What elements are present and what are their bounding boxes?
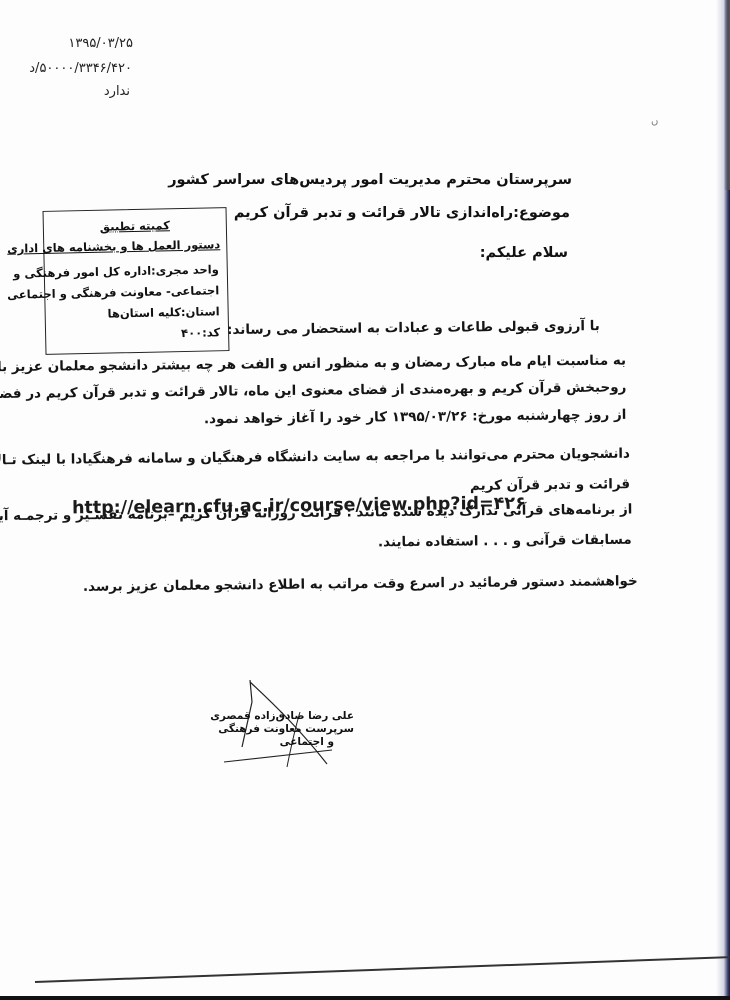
paragraph3-line2: مسابقات قرآنی و . . . استفاده نمایند. [378,532,632,551]
intro-line: با آرزوی قبولی طاعات و عبادات به استحضار… [227,318,600,338]
letter-date: ۱۳۹۵/۰۳/۲۵ [68,36,133,51]
stamp-line-4: کد:۴۰۰ [181,325,220,340]
stamp-line-2: اجتماعی- معاونت فرهنگی و اجتماعی [7,283,219,301]
stamp-line-1: واحد مجری:اداره کل امور فرهنگی و [13,262,219,280]
signatory-title-line1: سرپرست معاونت فرهنگی [244,723,354,736]
closing-request: خواهشمند دستور فرمائید در اسرع وقت مراتب… [83,573,638,595]
stamp-title: کمیته تطبیق [100,218,170,233]
stamp-subtitle: دستور العمل ها و بخشنامه های اداری [7,237,220,255]
paragraph2-line1: دانشجویان محترم می‌توانند با مراجعه به س… [0,446,630,469]
scanned-letter-page: ۱۳۹۵/۰۳/۲۵ ۵۰۰۰۰/۳۳۴۶/۴۲۰/د ندارد ں سرپر… [0,0,730,1000]
greeting: سلام علیکم: [480,245,568,261]
paragraph2-line2: قرائت و تدبر قرآن کریم [470,476,630,494]
letter-attachment: ندارد [104,84,130,99]
stamp-line-3: استان:کلیه استان‌ها [107,304,219,320]
compliance-committee-stamp: کمیته تطبیق دستور العمل ها و بخشنامه های… [43,207,230,355]
scan-speck: ں [651,116,658,127]
scanner-edge-shadow-top [724,0,730,190]
signature-block: علی رضا صادق‌زاده قمصری سرپرست معاونت فر… [244,710,354,749]
signatory-title-line2: و اجتماعی [244,736,354,749]
page-edge-line [35,956,730,983]
paragraph1-line3: از روز چهارشنبه مورخ: ۱۳۹۵/۰۳/۲۶ کار خود… [204,407,626,427]
subject: موضوع:راه‌اندازی تالار قرائت و تدبر قرآن… [234,205,570,221]
scanner-bottom-strip [0,996,730,1000]
paragraph1-line1: به مناسبت ایام ماه مبارک رمضان و به منظو… [0,353,626,376]
letter-number: ۵۰۰۰۰/۳۳۴۶/۴۲۰/د [29,61,132,76]
signatory-name: علی رضا صادق‌زاده قمصری [244,710,354,723]
paragraph1-line2: روحبخش قرآن کریم و بهره‌مندی از فضای معن… [0,379,626,402]
addressee: سرپرستان محترم مدیریت امور پردیس‌های سرا… [168,172,572,188]
